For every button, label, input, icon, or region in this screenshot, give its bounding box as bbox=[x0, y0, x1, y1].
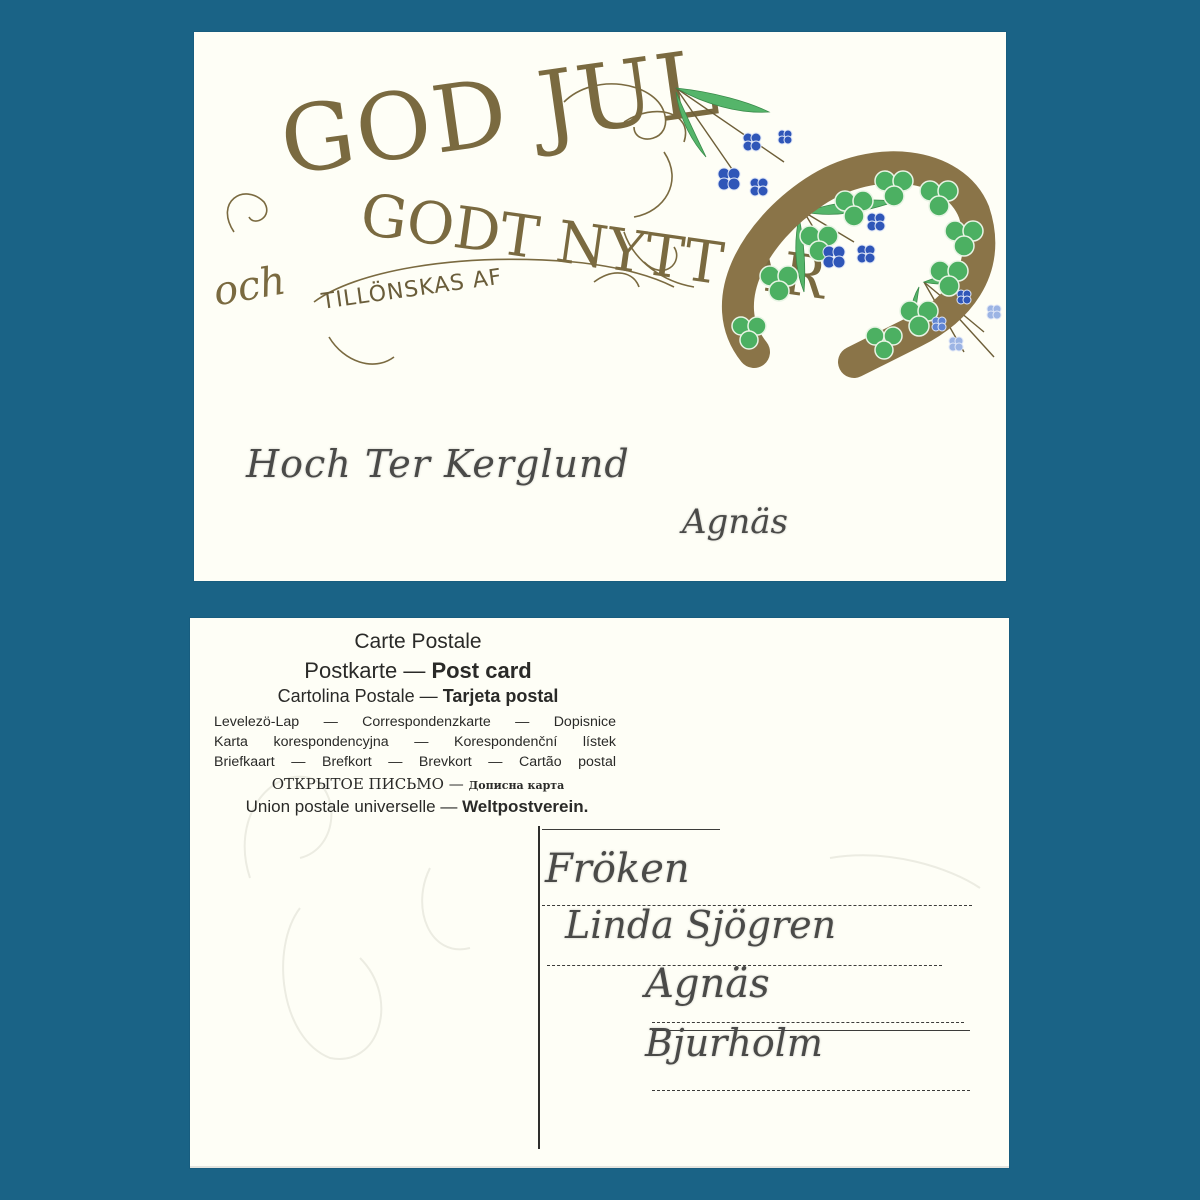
header-weltpostverein-text: Weltpostverein. bbox=[462, 797, 588, 816]
address-village: Agnäs bbox=[645, 961, 770, 1007]
header-cartolina-text: Cartolina Postale — bbox=[278, 686, 443, 706]
header-union-text: Union postale universelle — bbox=[246, 797, 462, 816]
handwritten-sender: Hoch Ter Kerglund bbox=[246, 442, 630, 486]
header-otkrytoe-text: ОТКРЫТОЕ ПИСЬМО — bbox=[272, 775, 469, 793]
address-line-4 bbox=[652, 1090, 970, 1091]
header-postkarte-text: Postkarte — bbox=[304, 658, 431, 683]
header-cartolina: Cartolina Postale — Tarjeta postal bbox=[208, 686, 628, 707]
horseshoe-clover-illustration bbox=[194, 32, 1006, 581]
address-top-rule bbox=[542, 829, 720, 830]
header-union-postale: Union postale universelle — Weltpostvere… bbox=[212, 797, 622, 817]
address-town: Bjurholm bbox=[645, 1021, 823, 1065]
header-briefkaart: Briefkaart — Brefkort — Brevkort — Cartã… bbox=[214, 754, 616, 770]
postcard-back: Carte Postale Postkarte — Post card Cart… bbox=[190, 618, 1009, 1168]
header-dopisna-text: Дописна карта bbox=[468, 779, 564, 792]
handwritten-place: Agnäs bbox=[682, 502, 788, 542]
header-karta: Karta korespondencyjna — Korespondenční … bbox=[214, 734, 616, 750]
header-postkarte: Postkarte — Post card bbox=[208, 658, 628, 684]
header-carte-postale: Carte Postale bbox=[208, 630, 628, 654]
header-cyrillic: ОТКРЫТОЕ ПИСЬМО — Дописна карта bbox=[208, 775, 628, 793]
message-address-divider bbox=[538, 826, 540, 1149]
address-name: Linda Sjögren bbox=[565, 903, 836, 947]
header-levelezo: Levelezö-Lap — Correspondenzkarte — Dopi… bbox=[214, 714, 616, 730]
postcard-front: GOD JUL GODT NYTT ÅR och TILLÖNSKAS AF bbox=[194, 32, 1006, 581]
header-tarjeta-text: Tarjeta postal bbox=[443, 686, 559, 706]
header-post-card-text: Post card bbox=[431, 658, 531, 683]
address-title: Fröken bbox=[545, 846, 690, 892]
